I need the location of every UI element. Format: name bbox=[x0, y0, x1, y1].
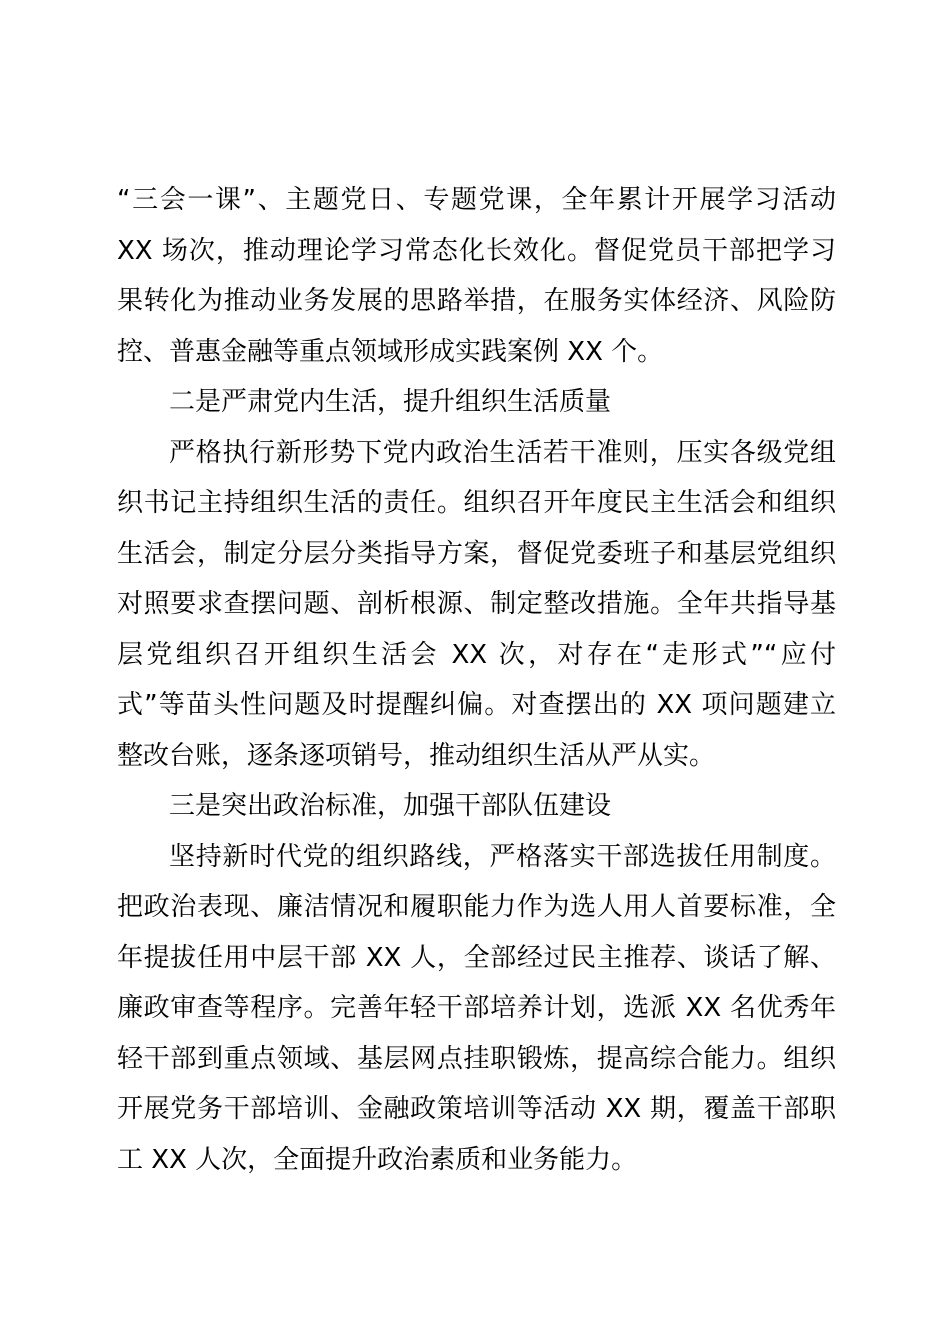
body-paragraph: “三会一课”、主题党日、专题党课，全年累计开展学习活动XX 场次，推动理论学习常… bbox=[117, 175, 836, 377]
body-paragraph: 坚持新时代党的组织路线，严格落实干部选拔任用制度。把政治表现、廉洁情况和履职能力… bbox=[117, 832, 836, 1186]
body-paragraph: 严格执行新形势下党内政治生活若干准则，压实各级党组织书记主持组织生活的责任。组织… bbox=[117, 428, 836, 782]
document-text-block: “三会一课”、主题党日、专题党课，全年累计开展学习活动XX 场次，推动理论学习常… bbox=[117, 175, 836, 1185]
text-line: 控、普惠金融等重点领域形成实践案例 XX 个。 bbox=[117, 327, 836, 378]
document-page-background: “三会一课”、主题党日、专题党课，全年累计开展学习活动XX 场次，推动理论学习常… bbox=[0, 0, 950, 1344]
text-line: 二是严肃党内生活，提升组织生活质量 bbox=[117, 377, 836, 428]
text-line: 整改台账，逐条逐项销号，推动组织生活从严从实。 bbox=[117, 731, 836, 782]
text-line: 层党组织召开组织生活会 XX 次，对存在“走形式”“应付 bbox=[117, 630, 836, 681]
text-line: 生活会，制定分层分类指导方案，督促党委班子和基层党组织 bbox=[117, 529, 836, 580]
text-line: “三会一课”、主题党日、专题党课，全年累计开展学习活动 bbox=[117, 175, 836, 226]
section-heading: 二是严肃党内生活，提升组织生活质量 bbox=[117, 377, 836, 428]
text-line: 轻干部到重点领域、基层网点挂职锻炼，提高综合能力。组织 bbox=[117, 1034, 836, 1085]
text-line: 坚持新时代党的组织路线，严格落实干部选拔任用制度。 bbox=[117, 832, 836, 883]
text-line: 把政治表现、廉洁情况和履职能力作为选人用人首要标准，全 bbox=[117, 882, 836, 933]
text-line: 廉政审查等程序。完善年轻干部培养计划，选派 XX 名优秀年 bbox=[117, 983, 836, 1034]
text-line: 对照要求查摆问题、剖析根源、制定整改措施。全年共指导基 bbox=[117, 579, 836, 630]
text-line: 织书记主持组织生活的责任。组织召开年度民主生活会和组织 bbox=[117, 478, 836, 529]
text-line: 开展党务干部培训、金融政策培训等活动 XX 期，覆盖干部职 bbox=[117, 1084, 836, 1135]
text-line: XX 场次，推动理论学习常态化长效化。督促党员干部把学习成 bbox=[117, 226, 836, 277]
section-heading: 三是突出政治标准，加强干部队伍建设 bbox=[117, 781, 836, 832]
text-line: 三是突出政治标准，加强干部队伍建设 bbox=[117, 781, 836, 832]
text-line: 果转化为推动业务发展的思路举措，在服务实体经济、风险防 bbox=[117, 276, 836, 327]
text-line: 工 XX 人次，全面提升政治素质和业务能力。 bbox=[117, 1135, 836, 1186]
text-line: 式”等苗头性问题及时提醒纠偏。对查摆出的 XX 项问题建立 bbox=[117, 680, 836, 731]
text-line: 年提拔任用中层干部 XX 人，全部经过民主推荐、谈话了解、 bbox=[117, 933, 836, 984]
text-line: 严格执行新形势下党内政治生活若干准则，压实各级党组 bbox=[117, 428, 836, 479]
